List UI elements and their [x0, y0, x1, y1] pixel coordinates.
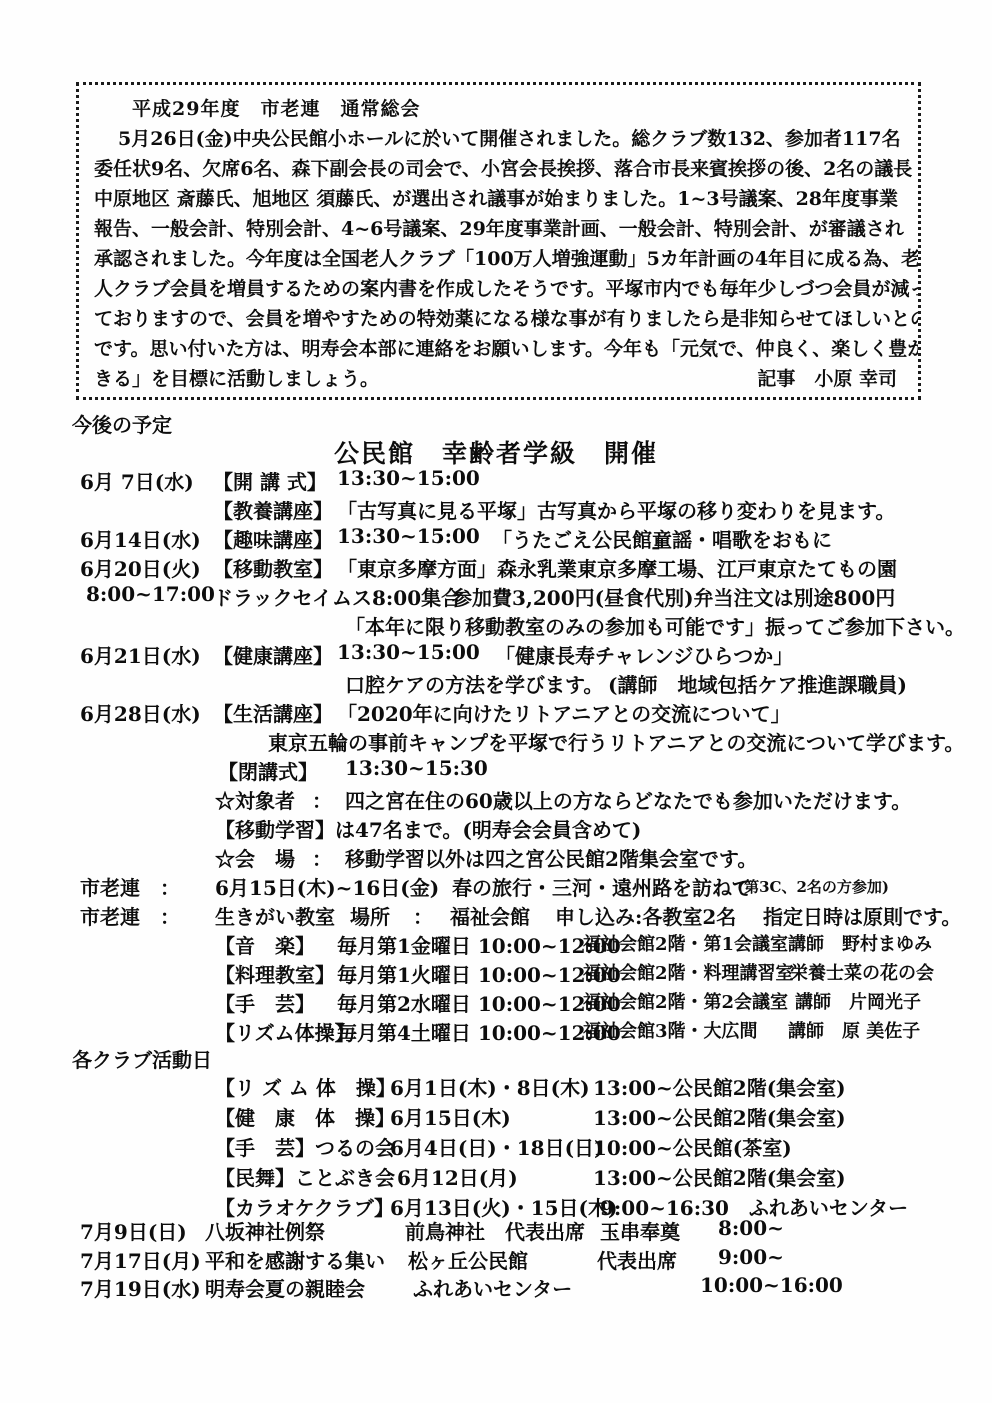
schedule-row: 【閉講式】 13:30~15:30 [0, 756, 992, 786]
club-activity-row: 【民舞】ことぶき会 6月12日(月) 13:00~公民館2階(集会室) [0, 1162, 992, 1192]
club-cell: 10:00~公民館(茶室) [593, 1132, 792, 1161]
schedule-row: 6月21日(水) 【健康講座】 13:30~15:00 「健康長寿チャレンジひら… [0, 640, 992, 670]
club-cell: 【手 芸】つるの会 [215, 1132, 395, 1161]
schedule-cell: 福祉会館 [450, 901, 530, 930]
report-line: 人クラブ会員を増員するための案内書を作成したそうです。平塚市内でも毎年少しづつ会… [94, 274, 903, 304]
schedule-cell: 講師 野村まゆみ [788, 930, 932, 956]
july-cell: ふれあいセンター [413, 1273, 572, 1302]
schedule-cell: 福祉会館3階・大広間 [583, 1017, 758, 1043]
schedule-cell: 【開 講 式】 [213, 466, 327, 495]
schedule-cell: 参加費3,200円(昼食代別)弁当注文は別途800円 [452, 582, 895, 611]
report-line: 中原地区 斎藤氏、旭地区 須藤氏、が選出され議事が始まりました。1~3号議案、2… [94, 184, 903, 214]
schedule-row: 東京五輪の事前キャンプを平塚で行うリトアニアとの交流について学びます。 [0, 727, 992, 757]
july-event-row: 7月17日(月) 平和を感謝する集い 松ヶ丘公民館 代表出席 9:00~ [0, 1245, 992, 1275]
report-line: 委任状9名、欠席6名、森下副会長の司会で、小宮会長挨拶、落合市長来賓挨拶の後、2… [94, 154, 903, 184]
club-cell: 13:00~公民館2階(集会室) [593, 1162, 846, 1191]
schedule-cell: 「うたごえ公民館」 [492, 524, 672, 553]
schedule-cell: ドラックセイムス8:00集合 [213, 582, 461, 611]
report-line: 承認されました。今年度は全国老人クラブ「100万人増強運動」5カ年計画の4年目に… [94, 244, 903, 274]
club-activity-row: 【健 康 体 操】 6月15日(木) 13:00~公民館2階(集会室) [0, 1102, 992, 1132]
schedule-cell: 「健康長寿チャレンジひらつか」 [495, 640, 793, 669]
july-cell: 7月19日(水) [80, 1273, 201, 1302]
schedule-cell: 指定日時は原則です。 [763, 901, 961, 930]
schedule-cell: 申し込み:各教室2名 [555, 901, 736, 930]
report-line: きる」を目標に活動しましょう。 [94, 364, 379, 394]
july-event-row: 7月9日(日) 八坂神社例祭 前鳥神社 代表出席 玉串奉奠 8:00~ [0, 1216, 992, 1246]
schedule-cell: ： [413, 901, 433, 930]
report-line: です。思い付いた方は、明寿会本部に連絡をお願いします。今年も「元気で、仲良く、楽… [94, 334, 903, 364]
schedule-cell: 【移動教室】 [213, 553, 333, 582]
schedule-cell: 四之宮在住の60歳以上の方ならどなたでも参加いただけます。 [345, 785, 911, 814]
report-line: ておりますので、会員を増やすための特効薬になる様な事が有りましたら是非知らせてほ… [94, 304, 903, 334]
schedule-cell: 【教養講座】 [213, 495, 333, 524]
july-cell: 代表出席 [597, 1245, 677, 1274]
schedule-cell: 童謡・唱歌をおもに [652, 524, 832, 553]
club-cell: 【健 康 体 操】 [215, 1102, 395, 1131]
schedule-cell: 「2020年に向けたリトアニアとの交流について」 [337, 698, 791, 727]
july-cell: 玉串奉奠 [600, 1216, 680, 1245]
july-cell: 明寿会夏の親睦会 [205, 1273, 365, 1302]
schedule-cell: 講師 片岡光子 [795, 988, 921, 1014]
schedule-row: 【手 芸】 毎月第2水曜日 10:00~12:00 福祉会館2階・第2会議室 講… [0, 988, 992, 1018]
july-cell: 八坂神社例祭 [205, 1216, 325, 1245]
schedule-cell: 「古写真に見る平塚」古写真から平塚の移り変わりを見ます。 [337, 495, 895, 524]
schedule-cell: 市老連 [80, 872, 140, 901]
schedule-cell: 春の旅行・三河・遠州路を訪ねて [452, 872, 752, 901]
schedule-row: 口腔ケアの方法を学びます。 (講師 地域包括ケア推進課職員) [0, 669, 992, 699]
schedule-cell: 口腔ケアの方法を学びます。 [345, 669, 603, 698]
document-page: 平成29年度 市老連 通常総会 5月26日(金)中央公民館小ホールに於いて開催さ… [0, 0, 992, 1403]
kominkan-class-heading: 公民館 幸齢者学級 開催 [0, 434, 992, 470]
schedule-cell: 【移動学習】は47名まで。(明寿会会員含めて) [215, 814, 641, 843]
club-activity-row: 【リ ズ ム 体 操】 6月1日(木)・8日(木) 13:00~公民館2階(集会… [0, 1072, 992, 1102]
schedule-cell: ☆対象者 [215, 785, 295, 814]
schedule-cell: 【生活講座】 [213, 698, 333, 727]
club-cell: 6月15日(木) [390, 1102, 511, 1131]
schedule-cell: 場所 [350, 901, 390, 930]
schedule-cell: 6月15日(木)~16日(金) [215, 872, 439, 901]
schedule-row: 6月28日(水) 【生活講座】 「2020年に向けたリトアニアとの交流について」 [0, 698, 992, 728]
schedule-row: 6月 7日(水) 【開 講 式】 13:30~15:00 [0, 466, 992, 496]
schedule-cell: 【趣味講座】 [213, 524, 333, 553]
schedule-cell: 【閉講式】 [218, 756, 318, 785]
schedule-cell: 毎月第1金曜日 10:00~12:00 [337, 930, 621, 959]
report-line: 5月26日(金)中央公民館小ホールに於いて開催されました。総クラブ数132、参加… [94, 124, 903, 154]
schedule-cell: 6月21日(水) [80, 640, 201, 669]
schedule-cell: 移動学習以外は四之宮公民館2階集会室です。 [345, 843, 757, 872]
schedule-cell: (講師 地域包括ケア推進課職員) [608, 669, 907, 698]
schedule-cell: 13:30~15:00 [337, 466, 480, 490]
schedule-cell: 毎月第1火曜日 10:00~12:00 [337, 959, 621, 988]
schedule-cell: 【料理教室】 [215, 959, 335, 988]
july-cell: 7月17日(月) [80, 1245, 201, 1274]
schedule-cell: 生きがい教室 [215, 901, 335, 930]
schedule-row: ☆会 場 ： 移動学習以外は四之宮公民館2階集会室です。 [0, 843, 992, 873]
schedule-cell: ： [312, 785, 332, 814]
club-cell: 6月12日(月) [397, 1162, 518, 1191]
schedule-cell: 6月28日(水) [80, 698, 201, 727]
schedule-cell: 講師 原 美佐子 [788, 1017, 920, 1043]
schedule-cell: 市老連 [80, 901, 140, 930]
schedule-cell: 福祉会館2階・第2会議室 [583, 988, 788, 1014]
club-activity-row: 【手 芸】つるの会 6月4日(日)・18日(日) 10:00~公民館(茶室) [0, 1132, 992, 1162]
club-cell: 【リ ズ ム 体 操】 [215, 1072, 396, 1101]
report-title: 平成29年度 市老連 通常総会 [94, 94, 903, 124]
club-cell: 6月1日(木)・8日(木) [390, 1072, 590, 1101]
club-cell: 13:00~公民館2階(集会室) [593, 1072, 846, 1101]
schedule-cell: 「本年に限り移動教室のみの参加も可能です」振ってご参加下さい。 [345, 611, 965, 640]
schedule-cell: 8:00~17:00 [86, 582, 215, 606]
schedule-cell: 東京五輪の事前キャンプを平塚で行うリトアニアとの交流について学びます。 [268, 727, 964, 756]
july-cell: 10:00~16:00 [700, 1273, 843, 1297]
schedule-row: ☆対象者 ： 四之宮在住の60歳以上の方ならどなたでも参加いただけます。 [0, 785, 992, 815]
schedule-cell: 【手 芸】 [215, 988, 315, 1017]
report-line: 報告、一般会計、特別会計、4~6号議案、29年度事業計画、一般会計、特別会計、が… [94, 214, 903, 244]
schedule-cell: 6月 7日(水) [80, 466, 194, 495]
club-cell: 【民舞】ことぶき会 [215, 1162, 395, 1191]
annual-meeting-report-box: 平成29年度 市老連 通常総会 5月26日(金)中央公民館小ホールに於いて開催さ… [76, 82, 921, 400]
schedule-row: 「本年に限り移動教室のみの参加も可能です」振ってご参加下さい。 [0, 611, 992, 641]
july-cell: 平和を感謝する集い [205, 1245, 385, 1274]
schedule-cell: ： [160, 901, 180, 930]
schedule-cell: 13:30~15:30 [345, 756, 488, 780]
schedule-cell: 6月14日(水) [80, 524, 201, 553]
schedule-cell: 毎月第2水曜日 10:00~12:00 [337, 988, 621, 1017]
club-activities-label: 各クラブ活動日 [72, 1044, 212, 1073]
july-cell: 松ヶ丘公民館 [408, 1245, 528, 1274]
schedule-row: 【教養講座】 「古写真に見る平塚」古写真から平塚の移り変わりを見ます。 [0, 495, 992, 525]
report-byline: 記事 小原 幸司 [757, 364, 897, 394]
schedule-cell: ： [160, 872, 180, 901]
schedule-cell: 毎月第4土曜日 10:00~12:00 [337, 1017, 621, 1046]
schedule-cell: 「東京多摩方面」森永乳業東京多摩工場、江戸東京たてもの園 [337, 553, 897, 582]
schedule-cell: 13:30~15:00 [337, 524, 480, 548]
club-cell: 13:00~公民館2階(集会室) [593, 1102, 846, 1131]
schedule-row: 6月14日(水) 【趣味講座】 13:30~15:00 「うたごえ公民館」 童謡… [0, 524, 992, 554]
schedule-cell: 【健康講座】 [213, 640, 333, 669]
schedule-row: 【移動学習】は47名まで。(明寿会会員含めて) [0, 814, 992, 844]
schedule-row: 8:00~17:00 ドラックセイムス8:00集合 参加費3,200円(昼食代別… [0, 582, 992, 612]
schedule-row: 市老連 ： 生きがい教室 場所 ： 福祉会館 申し込み:各教室2名 指定日時は原… [0, 901, 992, 931]
july-event-row: 7月19日(水) 明寿会夏の親睦会 ふれあいセンター 10:00~16:00 [0, 1273, 992, 1303]
schedule-row: 【料理教室】 毎月第1火曜日 10:00~12:00 福祉会館2階・料理講習室 … [0, 959, 992, 989]
club-cell: 6月4日(日)・18日(日) [390, 1132, 604, 1161]
schedule-cell-note: (第3C、2名の方参加) [737, 876, 889, 897]
schedule-cell: 13:30~15:00 [337, 640, 480, 664]
schedule-cell: 福祉会館2階・料理講習室 [583, 959, 794, 985]
schedule-cell: 栄養士菜の花の会 [790, 959, 934, 985]
july-cell: 9:00~ [718, 1245, 784, 1269]
july-cell: 前鳥神社 [405, 1216, 485, 1245]
schedule-row: 【リズム体操】 毎月第4土曜日 10:00~12:00 福祉会館3階・大広間 講… [0, 1017, 992, 1047]
july-cell: 7月9日(日) [80, 1216, 187, 1245]
july-cell: 代表出席 [505, 1216, 585, 1245]
schedule-cell: 6月20日(火) [80, 553, 201, 582]
schedule-cell: ： [312, 843, 332, 872]
schedule-cell: ☆会 場 [215, 843, 295, 872]
schedule-cell: 福祉会館2階・第1会議室 [583, 930, 788, 956]
schedule-row: 市老連 ： 6月15日(木)~16日(金) 春の旅行・三河・遠州路を訪ねて (第… [0, 872, 992, 902]
july-cell: 8:00~ [718, 1216, 784, 1240]
schedule-cell: 【リズム体操】 [215, 1017, 355, 1046]
schedule-cell: 【音 楽】 [215, 930, 315, 959]
schedule-row: 【音 楽】 毎月第1金曜日 10:00~12:00 福祉会館2階・第1会議室 講… [0, 930, 992, 960]
schedule-row: 6月20日(火) 【移動教室】 「東京多摩方面」森永乳業東京多摩工場、江戸東京た… [0, 553, 992, 583]
